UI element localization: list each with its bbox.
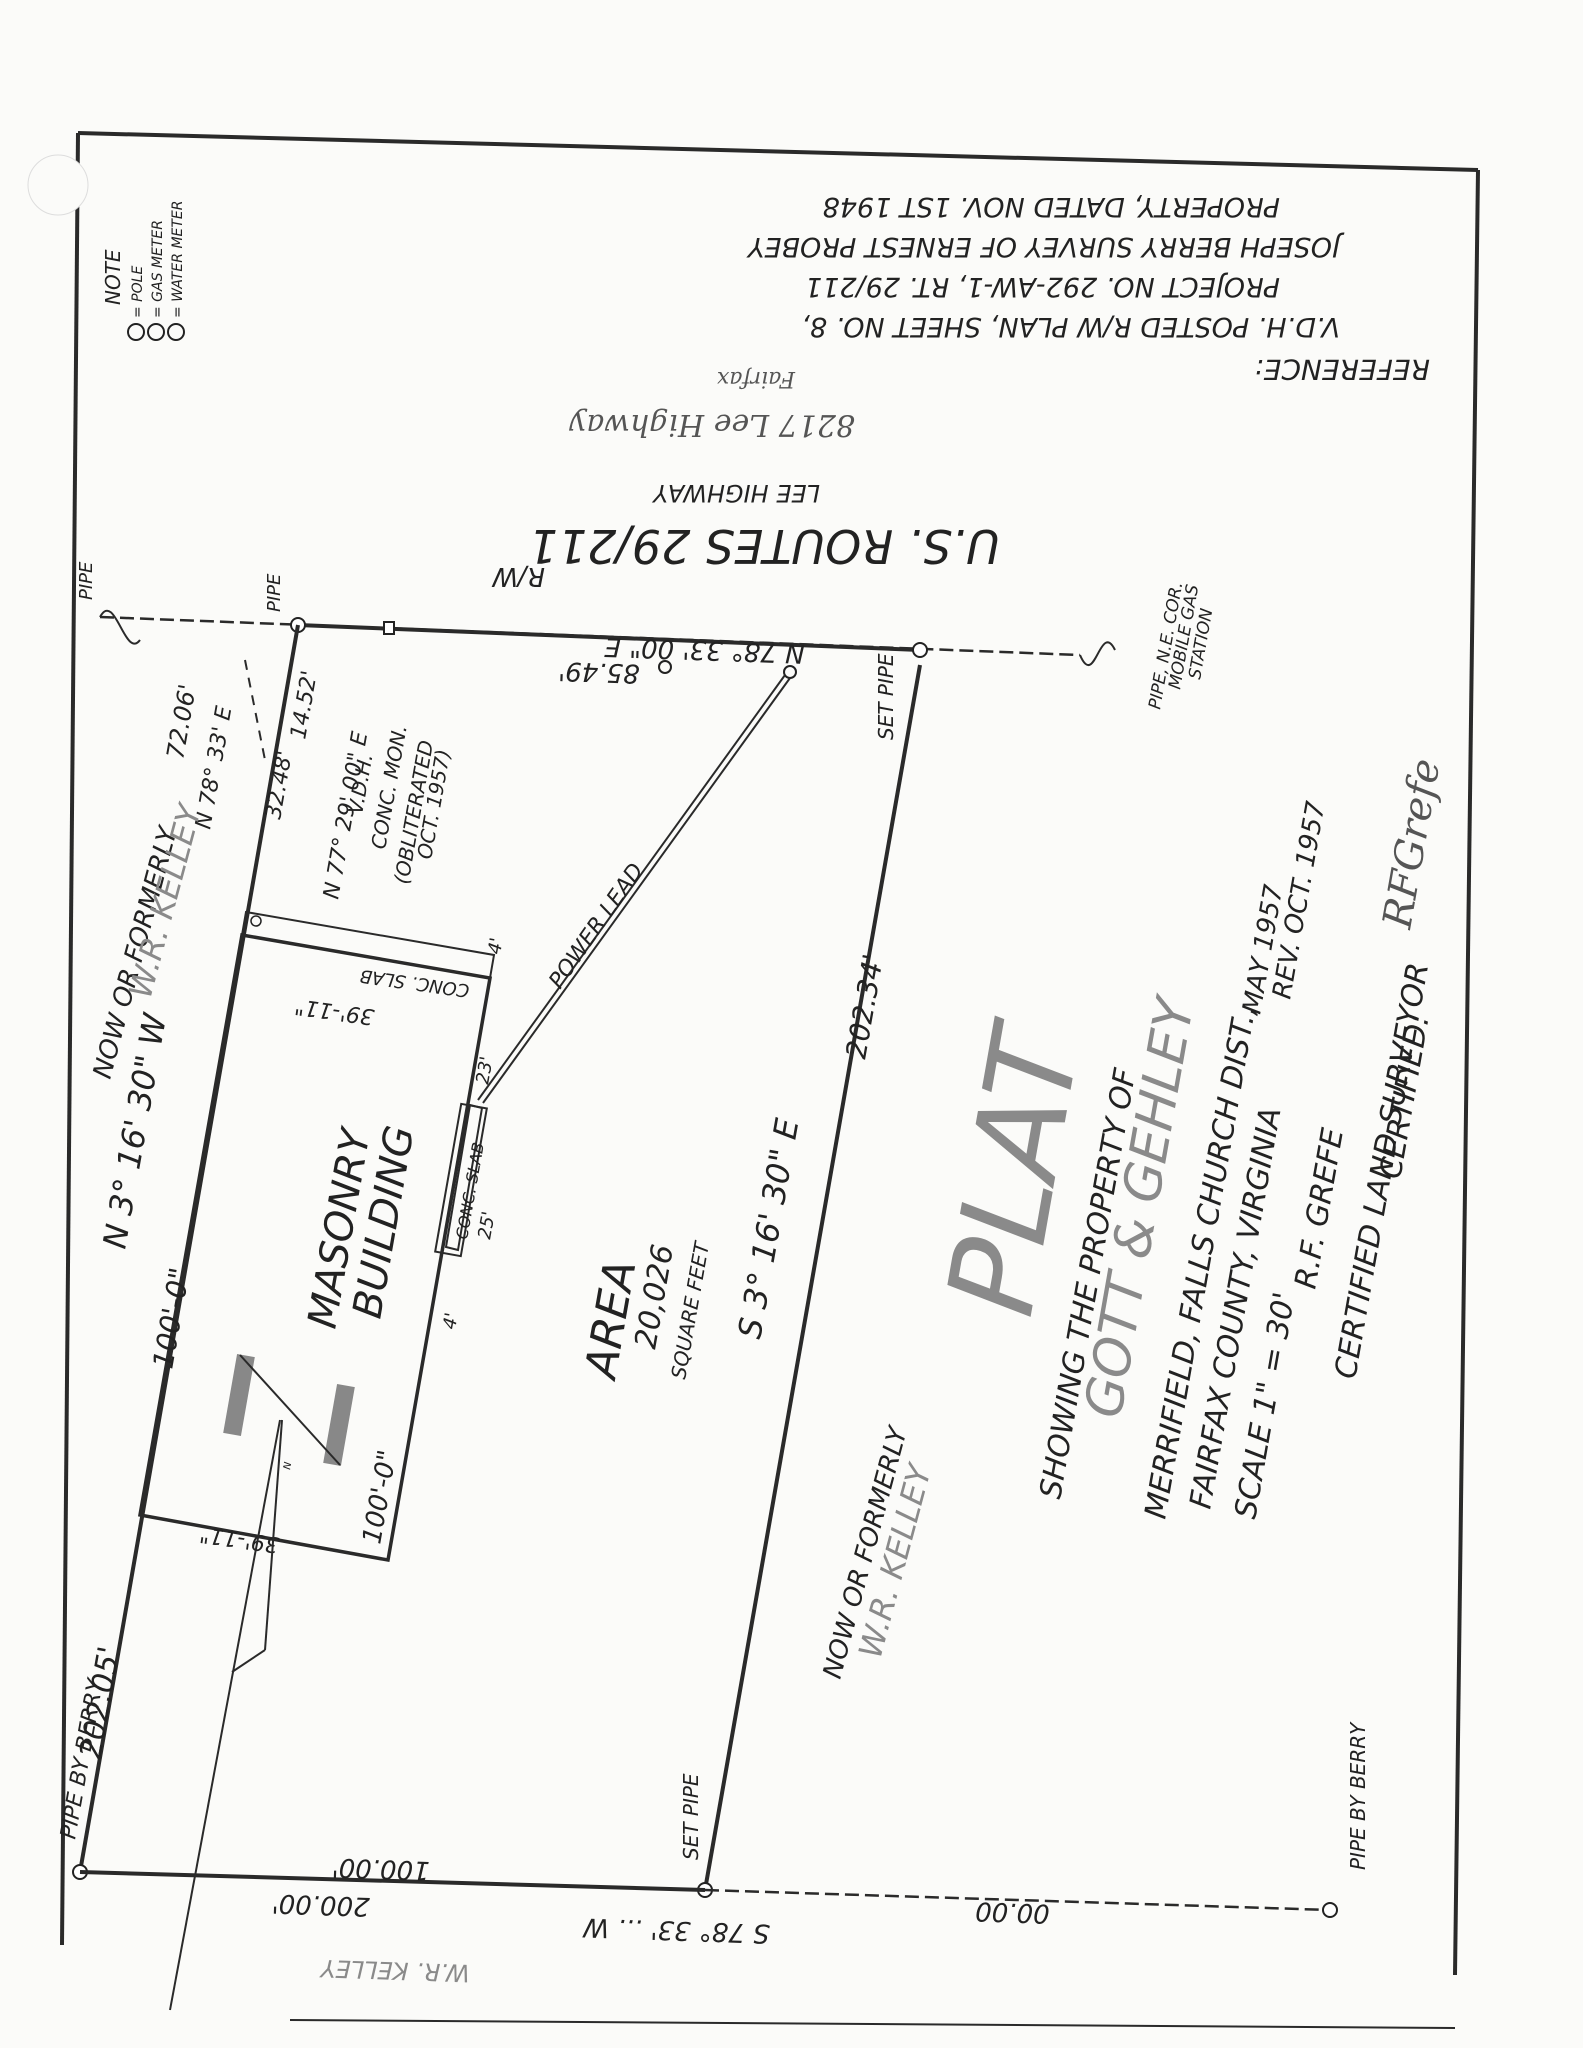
svg-text:R.F. GREFE: R.F. GREFE bbox=[1288, 1126, 1351, 1292]
svg-text:PROJECT NO. 292-AW-1, RT. 29/2: PROJECT NO. 292-AW-1, RT. 29/211 bbox=[805, 271, 1280, 302]
svg-text:SET PIPE: SET PIPE bbox=[874, 653, 898, 740]
reference-block: REFERENCE: V.D.H. POSTED R/W PLAN, SHEET… bbox=[745, 191, 1430, 386]
svg-text:200.00': 200.00' bbox=[271, 1888, 370, 1921]
svg-text:JOSEPH BERRY SURVEY OF ERNEST: JOSEPH BERRY SURVEY OF ERNEST PROBEY bbox=[745, 231, 1345, 262]
svg-text:= POLE: = POLE bbox=[130, 266, 146, 318]
front-boundary: N 78° 33' 00" E 85.49' bbox=[100, 611, 1115, 688]
svg-text:NOTE: NOTE bbox=[101, 249, 125, 305]
svg-text:PROPERTY, DATED NOV. 1ST 1948: PROPERTY, DATED NOV. 1ST 1948 bbox=[823, 191, 1280, 222]
plat-document: REFERENCE: V.D.H. POSTED R/W PLAN, SHEET… bbox=[0, 0, 1583, 2048]
svg-text:LEE HIGHWAY: LEE HIGHWAY bbox=[651, 479, 820, 507]
svg-text:V.D.H. POSTED R/W PLAN, SHEET: V.D.H. POSTED R/W PLAN, SHEET NO. 8, bbox=[801, 311, 1340, 342]
svg-text:4': 4' bbox=[484, 936, 508, 956]
svg-text:39'-11": 39'-11" bbox=[293, 993, 376, 1029]
svg-text:W.R. KELLEY: W.R. KELLEY bbox=[318, 1954, 470, 1987]
svg-text:23': 23' bbox=[472, 1055, 498, 1086]
svg-text:N: N bbox=[282, 1461, 294, 1471]
svg-text:= GAS METER: = GAS METER bbox=[150, 220, 166, 318]
svg-text:REFERENCE:: REFERENCE: bbox=[1254, 353, 1430, 386]
area-label: AREA 20,026 SQUARE FEET bbox=[575, 1238, 714, 1384]
svg-text:S 3° 16' 30" E: S 3° 16' 30" E bbox=[730, 1115, 806, 1342]
road-label: LEE HIGHWAY U.S. ROUTES 29/211 R/W bbox=[491, 479, 1000, 591]
svg-text:S 78° 33' ... W: S 78° 33' ... W bbox=[582, 1911, 771, 1948]
svg-text:100.00': 100.00' bbox=[331, 1852, 430, 1885]
svg-text:RFGrefe: RFGrefe bbox=[1374, 755, 1449, 932]
svg-text:= WATER METER: = WATER METER bbox=[170, 200, 186, 318]
title-block: PLAT SHOWING THE PROPERTY OF GOTT & GEHL… bbox=[922, 755, 1450, 1521]
svg-text:Fairfax: Fairfax bbox=[716, 366, 796, 391]
svg-text:SET PIPE: SET PIPE bbox=[679, 1773, 703, 1860]
svg-text:202.34': 202.34' bbox=[839, 951, 890, 1061]
svg-text:39'-11": 39'-11" bbox=[198, 1521, 281, 1557]
svg-text:PIPE: PIPE bbox=[264, 573, 285, 612]
handwritten-notes: Fairfax 8217 Lee Highway bbox=[568, 366, 855, 442]
svg-text:00.00: 00.00 bbox=[975, 1895, 1050, 1928]
svg-text:PIPE BY BERRY: PIPE BY BERRY bbox=[1346, 1721, 1370, 1870]
note-legend: NOTE = POLE = GAS METER = WATER METER bbox=[101, 200, 186, 340]
svg-text:R/W: R/W bbox=[491, 561, 545, 591]
power-lead: POWER LEAD bbox=[478, 675, 790, 1103]
svg-text:72.06': 72.06' bbox=[161, 682, 202, 761]
svg-text:25': 25' bbox=[474, 1210, 500, 1241]
svg-text:POWER LEAD: POWER LEAD bbox=[544, 859, 649, 993]
svg-text:PIPE: PIPE bbox=[76, 561, 97, 600]
svg-text:100'-0": 100'-0" bbox=[357, 1448, 403, 1546]
svg-text:100'-0": 100'-0" bbox=[146, 1265, 196, 1371]
neighbor-labels: NOW OR FORMERLY W.R. KELLEY NOW OR FORME… bbox=[88, 798, 940, 1682]
right-boundary: S 3° 16' 30" E 202.34' bbox=[698, 665, 920, 1897]
svg-text:85.49': 85.49' bbox=[558, 655, 641, 688]
svg-text:32.48': 32.48' bbox=[261, 749, 298, 821]
svg-text:U.S. ROUTES 29/211: U.S. ROUTES 29/211 bbox=[529, 519, 1000, 573]
svg-text:4': 4' bbox=[439, 1311, 463, 1331]
monument-labels: PIPE PIPE SET PIPE SET PIPE PIPE BY BERR… bbox=[56, 561, 1370, 1870]
svg-text:8217 Lee Highway: 8217 Lee Highway bbox=[568, 407, 855, 442]
svg-text:14.52': 14.52' bbox=[286, 669, 323, 741]
